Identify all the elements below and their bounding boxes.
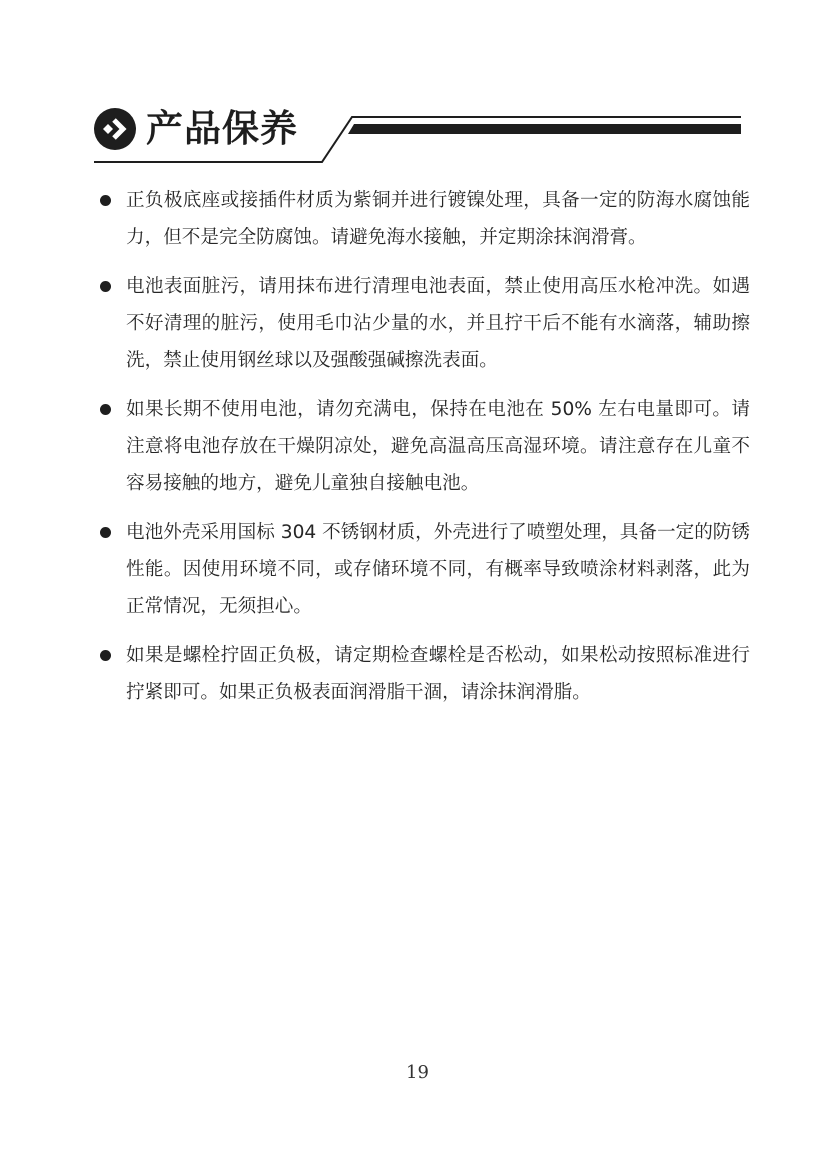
header-decoration-lines — [0, 0, 835, 180]
bullet-icon — [100, 281, 111, 292]
maintenance-list: 正负极底座或接插件材质为紫铜并进行镀镍处理，具备一定的防海水腐蚀能力，但不是完全… — [100, 182, 750, 723]
chevron-right-circle-icon — [94, 108, 136, 150]
section-header: 产品保养 — [0, 0, 835, 180]
list-item-text: 如果长期不使用电池，请勿充满电，保持在电池在 50% 左右电量即可。请注意将电池… — [126, 399, 750, 494]
list-item: 电池外壳采用国标 304 不锈钢材质，外壳进行了喷塑处理，具备一定的防锈性能。因… — [100, 514, 750, 625]
bullet-icon — [100, 650, 111, 661]
page-title: 产品保养 — [146, 104, 298, 154]
list-item-text: 如果是螺栓拧固正负极，请定期检查螺栓是否松动，如果松动按照标准进行拧紧即可。如果… — [126, 645, 750, 703]
page-number: 19 — [0, 1062, 835, 1083]
list-item-text: 电池表面脏污，请用抹布进行清理电池表面，禁止使用高压水枪冲洗。如遇不好清理的脏污… — [126, 276, 750, 371]
list-item-text: 电池外壳采用国标 304 不锈钢材质，外壳进行了喷塑处理，具备一定的防锈性能。因… — [126, 522, 750, 617]
bullet-icon — [100, 195, 111, 206]
list-item-text: 正负极底座或接插件材质为紫铜并进行镀镍处理，具备一定的防海水腐蚀能力，但不是完全… — [126, 190, 750, 248]
list-item: 如果长期不使用电池，请勿充满电，保持在电池在 50% 左右电量即可。请注意将电池… — [100, 391, 750, 502]
list-item: 电池表面脏污，请用抹布进行清理电池表面，禁止使用高压水枪冲洗。如遇不好清理的脏污… — [100, 268, 750, 379]
list-item: 如果是螺栓拧固正负极，请定期检查螺栓是否松动，如果松动按照标准进行拧紧即可。如果… — [100, 637, 750, 711]
bullet-icon — [100, 527, 111, 538]
bullet-icon — [100, 404, 111, 415]
list-item: 正负极底座或接插件材质为紫铜并进行镀镍处理，具备一定的防海水腐蚀能力，但不是完全… — [100, 182, 750, 256]
